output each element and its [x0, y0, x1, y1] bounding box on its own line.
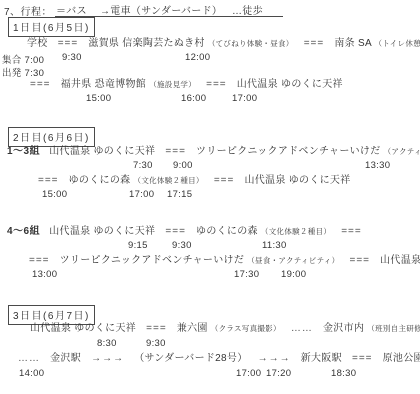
- time-value: 17:00: [129, 189, 154, 200]
- time-value: 17:20: [266, 368, 291, 379]
- time-value: 15:00: [86, 93, 111, 104]
- time-value: 7:30: [133, 160, 153, 171]
- activity-note: （昼食・アクティビティ）: [247, 256, 339, 265]
- itinerary-page: 7、行程： ＝バス →電車（サンダーバード） …徒歩 1日目(6月5日) 学校 …: [0, 0, 420, 394]
- time-value: 集合 7:00: [2, 52, 44, 66]
- legend-walk: …徒歩: [232, 2, 263, 17]
- location: ゆのくにの森: [69, 175, 131, 186]
- location: 原池公園: [383, 353, 420, 364]
- day2-group1-leg2-row: === ゆのくにの森 （文化体験２種目） === 山代温泉 ゆのくに天祥: [38, 175, 351, 187]
- day1-leg2-row: === 福井県 恐竜博物館 （施設見学） === 山代温泉 ゆのくに天祥: [30, 79, 343, 91]
- class-group-label: 4～6組: [7, 226, 40, 237]
- time-value: 9:30: [146, 338, 166, 349]
- day2-group1-times-row2: 15:00 17:00 17:15: [0, 189, 420, 201]
- transport-legend: ＝バス →電車（サンダーバード） …徒歩: [55, 2, 283, 17]
- bus-transfer: ===: [341, 226, 362, 237]
- location: 山代温泉 ゆのくに天祥: [30, 323, 136, 334]
- activity-note: （施設見学）: [149, 80, 196, 89]
- location: 新大阪駅: [301, 353, 342, 364]
- activity-note: （文化体験２種目）: [261, 227, 331, 236]
- time-value: 18:30: [331, 368, 356, 379]
- class-group-label: 1～3組: [7, 146, 40, 157]
- bus-transfer: ===: [206, 79, 227, 90]
- time-value: 11:30: [262, 240, 287, 251]
- bus-transfer: ===: [352, 353, 373, 364]
- location: 山代温泉 ゆのくに天祥: [244, 175, 350, 186]
- time-value: 9:15: [128, 240, 148, 251]
- time-value: 17:30: [234, 269, 259, 280]
- location: 南条 SA: [334, 38, 371, 49]
- location: 山代温泉 ゆのくに天祥: [237, 79, 343, 90]
- time-value: 17:00: [232, 93, 257, 104]
- location: 兼六園: [177, 323, 208, 334]
- location: 福井県 恐竜博物館: [61, 79, 146, 90]
- bus-transfer: ===: [29, 255, 50, 266]
- day1-title: 1日目(6月5日): [8, 17, 95, 37]
- train-transfer: →→→: [258, 353, 291, 364]
- bus-transfer: ===: [304, 38, 325, 49]
- day1-times-row1: 集合 7:00 9:30 12:00: [0, 52, 420, 64]
- walk-transfer: ……: [291, 323, 313, 334]
- time-value: 16:00: [181, 93, 206, 104]
- activity-note: （クラス写真撮影）: [211, 324, 281, 333]
- bus-transfer: ===: [165, 226, 186, 237]
- bus-transfer: ===: [38, 175, 59, 186]
- location: 金沢駅: [50, 353, 81, 364]
- day1-leg1-row: 学校 === 滋賀県 信楽陶芸たぬき村 （てびねり体験・昼食） === 南条 S…: [27, 38, 420, 50]
- bus-transfer: ===: [146, 323, 167, 334]
- section-heading: 7、行程：: [4, 3, 52, 18]
- time-value: 14:00: [19, 368, 44, 379]
- activity-note: （トイレ休憩）: [375, 39, 420, 48]
- day2-group2-times-row1: 9:15 9:30 11:30: [0, 240, 420, 252]
- bus-transfer: ===: [214, 175, 235, 186]
- day1-times-row2: 出発 7:30: [0, 65, 420, 77]
- time-value: 9:30: [62, 52, 82, 63]
- day2-group1-times-row1: 7:30 9:00 13:30: [0, 160, 420, 172]
- activity-note: （アクティビティ・昼食）: [384, 147, 420, 156]
- location: 山代温泉 ゆのくに天祥: [49, 146, 155, 157]
- day2-group2-leg1-row: 4～6組 山代温泉 ゆのくに天祥 === ゆのくにの森 （文化体験２種目） ==…: [7, 226, 362, 238]
- time-value: 12:00: [185, 52, 210, 63]
- time-value: 13:30: [365, 160, 390, 171]
- bus-transfer: ===: [30, 79, 51, 90]
- bus-transfer: ===: [58, 38, 79, 49]
- legend-bus: ＝バス: [56, 2, 87, 17]
- legend-train: →電車（サンダーバード）: [100, 2, 222, 17]
- time-value: 9:30: [172, 240, 192, 251]
- location: 山代温泉 ゆのくに天祥: [49, 226, 155, 237]
- location: ツリーピクニックアドベンチャーいけだ: [60, 255, 245, 266]
- day3-times-row2: 14:00 17:00 17:20 18:30: [0, 368, 420, 380]
- day2-group2-times-row2: 13:00 17:30 19:00: [0, 269, 420, 281]
- location: 学校: [27, 38, 48, 49]
- time-value: 15:00: [42, 189, 67, 200]
- location: ツリーピクニックアドベンチャーいけだ: [196, 146, 381, 157]
- day2-group2-leg2-row: === ツリーピクニックアドベンチャーいけだ （昼食・アクティビティ） === …: [29, 255, 420, 267]
- day2-title: 2日目(6月6日): [8, 127, 95, 147]
- day3-leg1-row: 山代温泉 ゆのくに天祥 === 兼六園 （クラス写真撮影） …… 金沢市内 （班…: [30, 323, 420, 335]
- bus-transfer: ===: [165, 146, 186, 157]
- activity-note: （文化体験２種目）: [134, 176, 204, 185]
- activity-note: （てびねり体験・昼食）: [208, 39, 294, 48]
- location: ゆのくにの森: [196, 226, 258, 237]
- train-transfer: →→→: [91, 353, 124, 364]
- time-value: 17:00: [236, 368, 261, 379]
- time-value: 17:15: [167, 189, 192, 200]
- day3-leg2-row: …… 金沢駅 →→→ （サンダーバード28号） →→→ 新大阪駅 === 原池公…: [18, 353, 420, 365]
- activity-note: （班別自主研修・昼食）: [367, 324, 420, 333]
- bus-transfer: ===: [350, 255, 371, 266]
- location: 滋賀県 信楽陶芸たぬき村: [88, 38, 204, 49]
- train-name: （サンダーバード28号）: [134, 353, 247, 364]
- day3-times-row1: 8:30 9:30: [0, 338, 420, 350]
- day3-title: 3日目(6月7日): [8, 305, 95, 325]
- day1-times-row3: 15:00 16:00 17:00: [0, 93, 420, 105]
- day2-group1-leg1-row: 1～3組 山代温泉 ゆのくに天祥 === ツリーピクニックアドベンチャーいけだ …: [7, 146, 420, 158]
- time-value: 9:00: [173, 160, 193, 171]
- time-value: 8:30: [97, 338, 117, 349]
- location: 金沢市内: [323, 323, 364, 334]
- location: 山代温泉 ゆのくに天祥: [380, 255, 420, 266]
- time-value: 13:00: [32, 269, 57, 280]
- time-value: 出発 7:30: [2, 65, 44, 79]
- time-value: 19:00: [281, 269, 306, 280]
- walk-transfer: ……: [18, 353, 40, 364]
